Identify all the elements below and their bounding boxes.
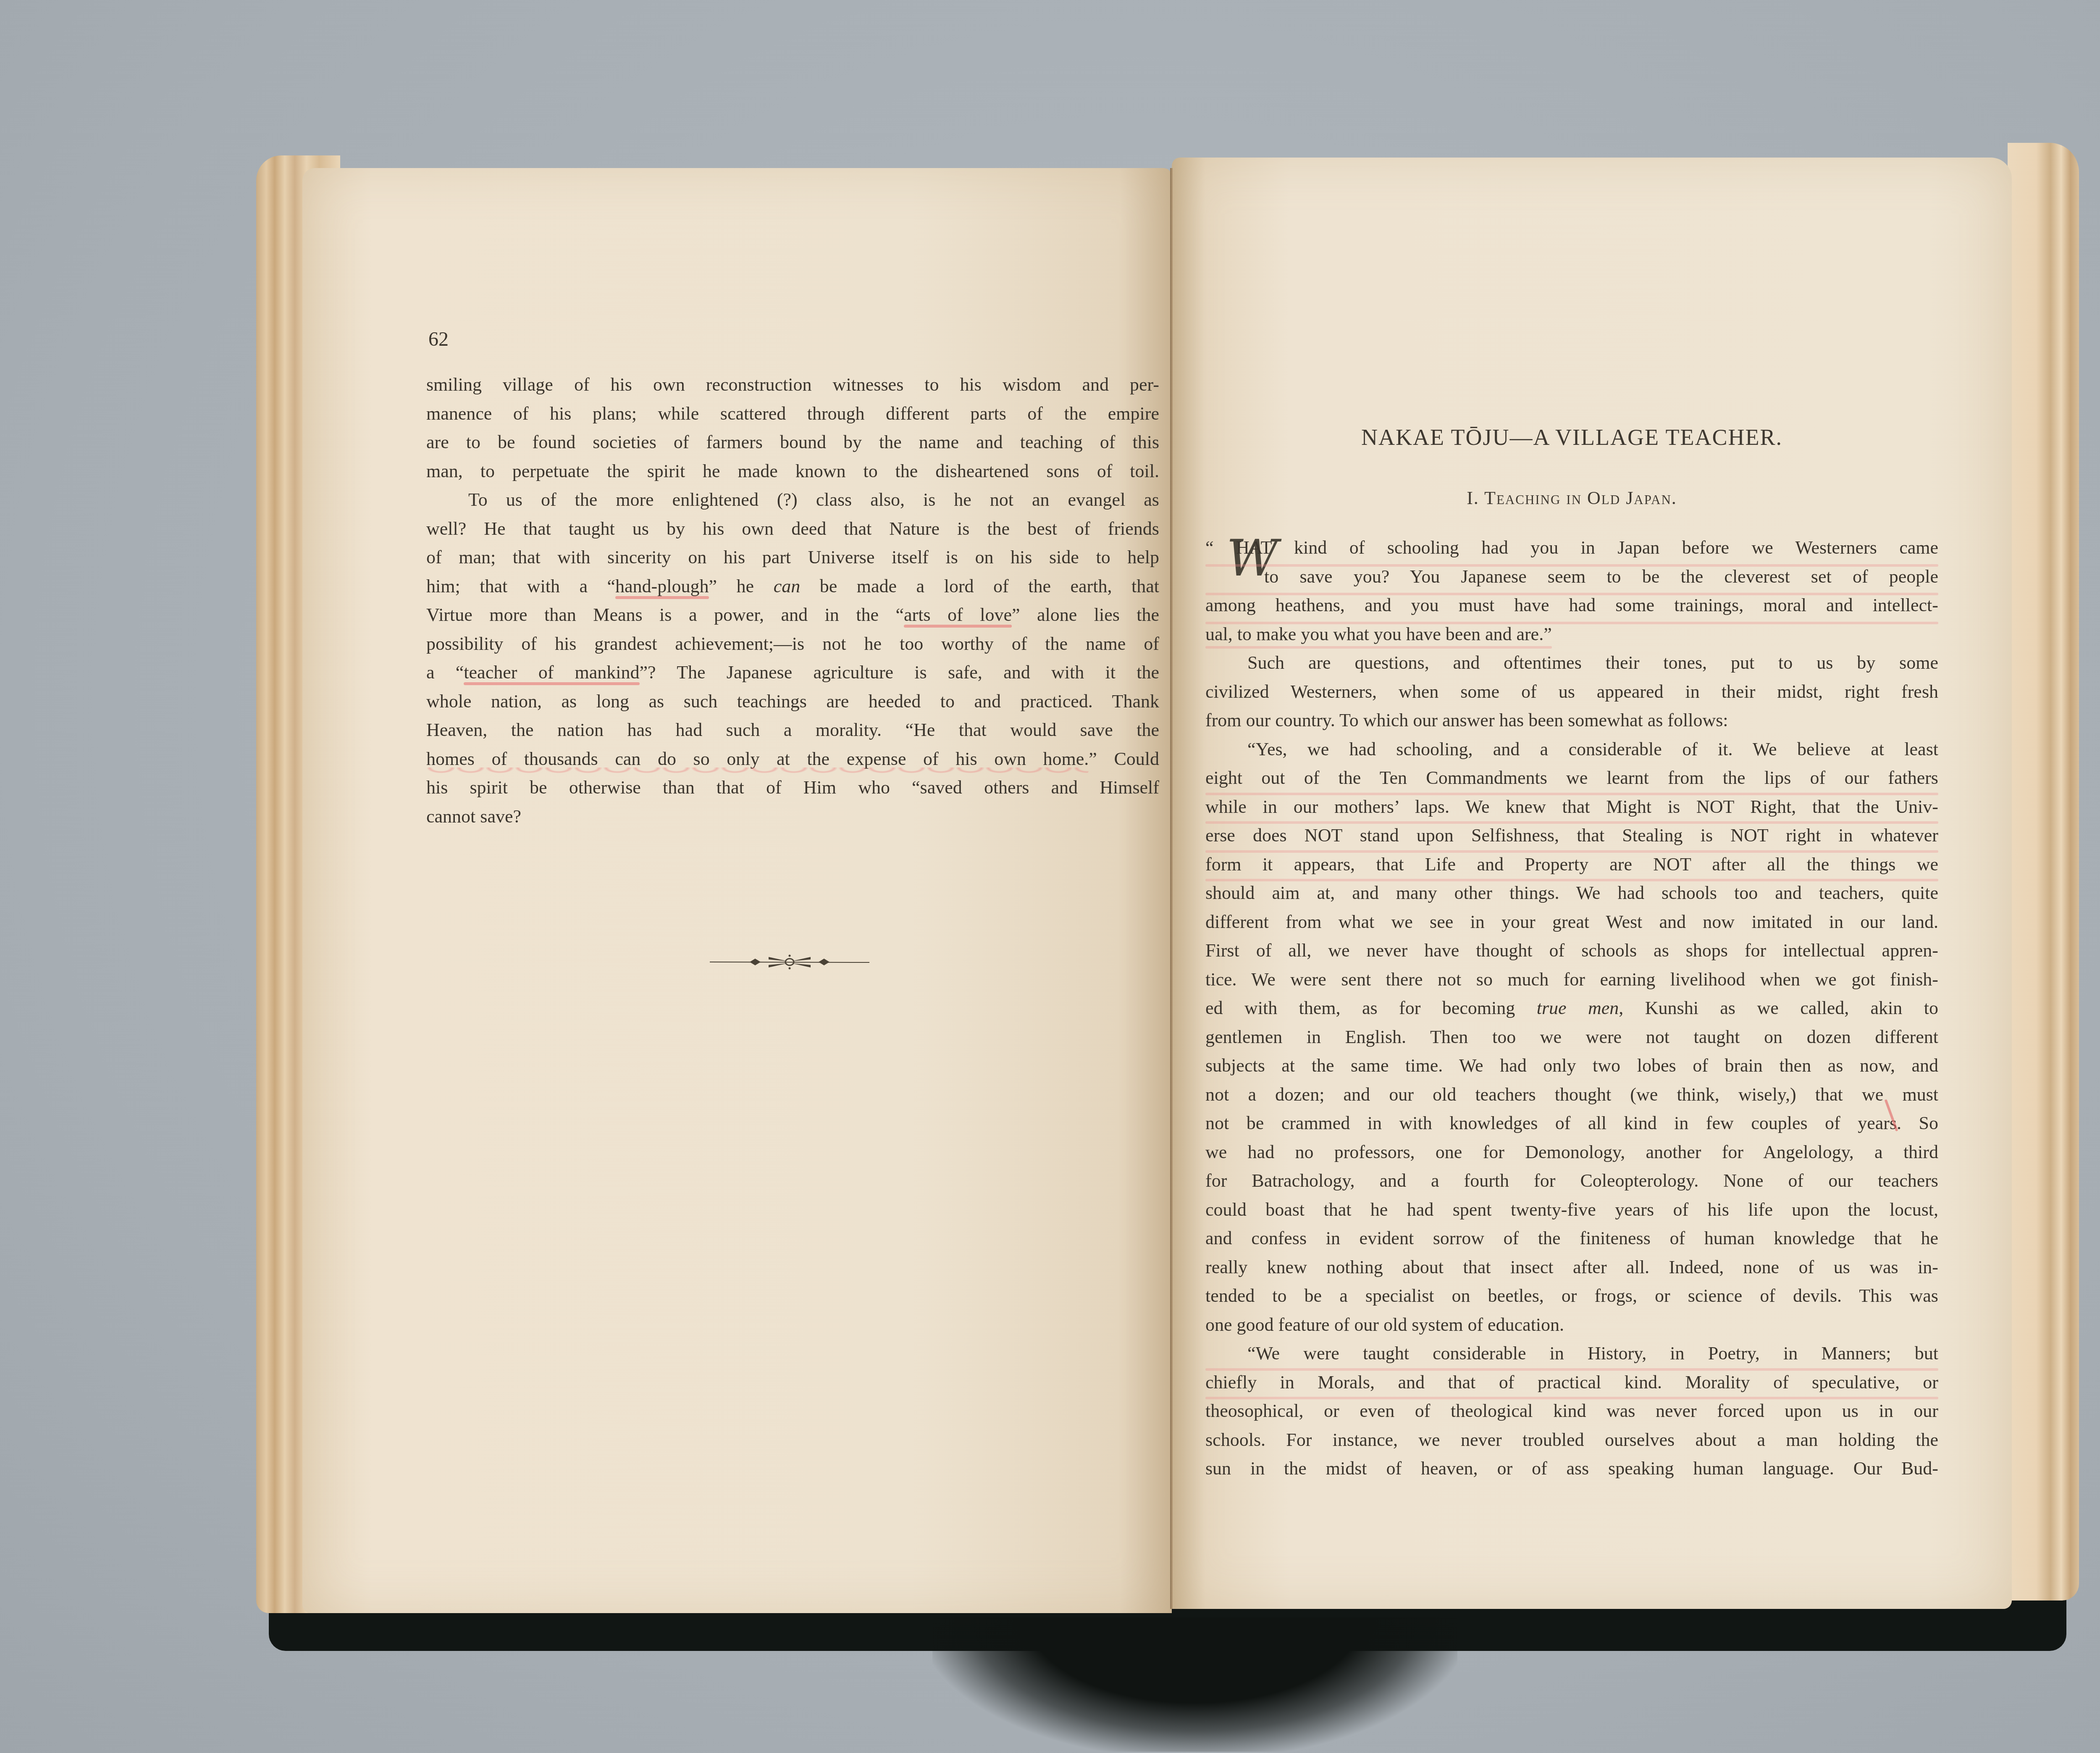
right-page-body: “ HAT kind of schooling had you in Japan… [1205,534,1938,1483]
text-line: theosophical, or even of theological kin… [1205,1397,1938,1426]
right-page-stack-edge [2008,143,2079,1601]
text-line: chiefly in Morals, and that of practical… [1205,1368,1938,1397]
text-line: are to be found societies of farmers bou… [426,428,1159,457]
text-line: really knew nothing about that insect af… [1205,1253,1938,1282]
text-line: a “teacher of mankind”? The Japanese agr… [426,658,1159,687]
text-line: First of all, we never have thought of s… [1205,936,1938,965]
text-line: gentlemen in English. Then too we were n… [1205,1023,1938,1052]
underlined-phrase: hand-plough [615,576,709,597]
text-line: “We were taught considerable in History,… [1205,1339,1938,1368]
text-line: “ HAT kind of schooling had you in Japan… [1205,534,1938,562]
text-line: him; that with a “hand-plough” he can be… [426,572,1159,601]
text-line: to save you? You Japanese seem to be the… [1205,562,1938,591]
text-line: could boast that he had spent twenty-fiv… [1205,1196,1938,1225]
book-shadow-tail [932,1617,1457,1752]
text-line: well? He that taught us by his own deed … [426,515,1159,544]
text-line: Heaven, the nation has had such a morali… [426,716,1159,745]
text-line: should aim at, and many other things. We… [1205,879,1938,908]
underlined-phrase: teacher of mankind [464,662,639,683]
text-line: ual, to make you what you have been and … [1205,620,1938,649]
text-line: form it appears, that Life and Property … [1205,850,1938,879]
text-line: we had no professors, one for Demonology… [1205,1138,1938,1167]
text-line: not a dozen; and our old teachers though… [1205,1080,1938,1109]
text-line: tended to be a specialist on beetles, or… [1205,1282,1938,1311]
text-line: possibility of his grandest achievement;… [426,630,1159,659]
text-line: subjects at the same time. We had only t… [1205,1051,1938,1080]
text-line: whole nation, as long as such teachings … [426,687,1159,716]
text-line: tice. We were sent there not so much for… [1205,965,1938,994]
text-line: erse does NOT stand upon Selfishness, th… [1205,821,1938,850]
text-line: from our country. To which our answer ha… [1205,706,1938,735]
text-line: sun in the midst of heaven, or of ass sp… [1205,1454,1938,1483]
text-line: cannot save? [426,802,1159,831]
text-line: and confess in evident sorrow of the fin… [1205,1224,1938,1253]
text-line: different from what we see in your great… [1205,908,1938,937]
page-number: 62 [428,328,449,351]
text-line: while in our mothers’ laps. We knew that… [1205,793,1938,822]
text-line: manence of his plans; while scattered th… [426,399,1159,428]
book-gutter [1170,168,1173,1609]
text-line: civilized Westerners, when some of us ap… [1205,678,1938,707]
text-line: “Yes, we had schooling, and a considerab… [1205,735,1938,764]
text-line: among heathens, and you must have had so… [1205,591,1938,620]
text-line: ed with them, as for becoming true men, … [1205,994,1938,1023]
text-line: To us of the more enlightened (?) class … [426,486,1159,515]
text-line: for Batrachology, and a fourth for Coleo… [1205,1167,1938,1196]
text-line: schools. For instance, we never troubled… [1205,1426,1938,1455]
text-line: Virtue more than Means is a power, and i… [426,601,1159,630]
underlined-phrase: arts of love [904,604,1012,625]
italic-word: can [774,576,801,597]
text-line: eight out of the Ten Commandments we lea… [1205,764,1938,793]
text-line: man, to perpetuate the spirit he made kn… [426,457,1159,486]
left-page-body: smiling village of his own reconstructio… [426,371,1159,831]
text-line: Such are questions, and oftentimes their… [1205,649,1938,678]
text-line: his spirit be otherwise than that of Him… [426,773,1159,802]
chapter-title: NAKAE TŌJU—A VILLAGE TEACHER. [1205,424,1938,450]
italic-phrase: true men [1537,998,1619,1018]
section-heading: I. Teaching in Old Japan. [1205,487,1938,509]
underlined-phrase: homes of thousands can do so only at the… [426,749,1089,769]
text-line: not be crammed in with knowledges of all… [1205,1109,1938,1138]
text-line: smiling village of his own reconstructio… [426,371,1159,399]
text-line: of man; that with sincerity on his part … [426,543,1159,572]
text-line: homes of thousands can do so only at the… [426,745,1159,774]
section-end-ornament-icon [706,954,874,970]
text-line: one good feature of our old system of ed… [1205,1311,1938,1340]
